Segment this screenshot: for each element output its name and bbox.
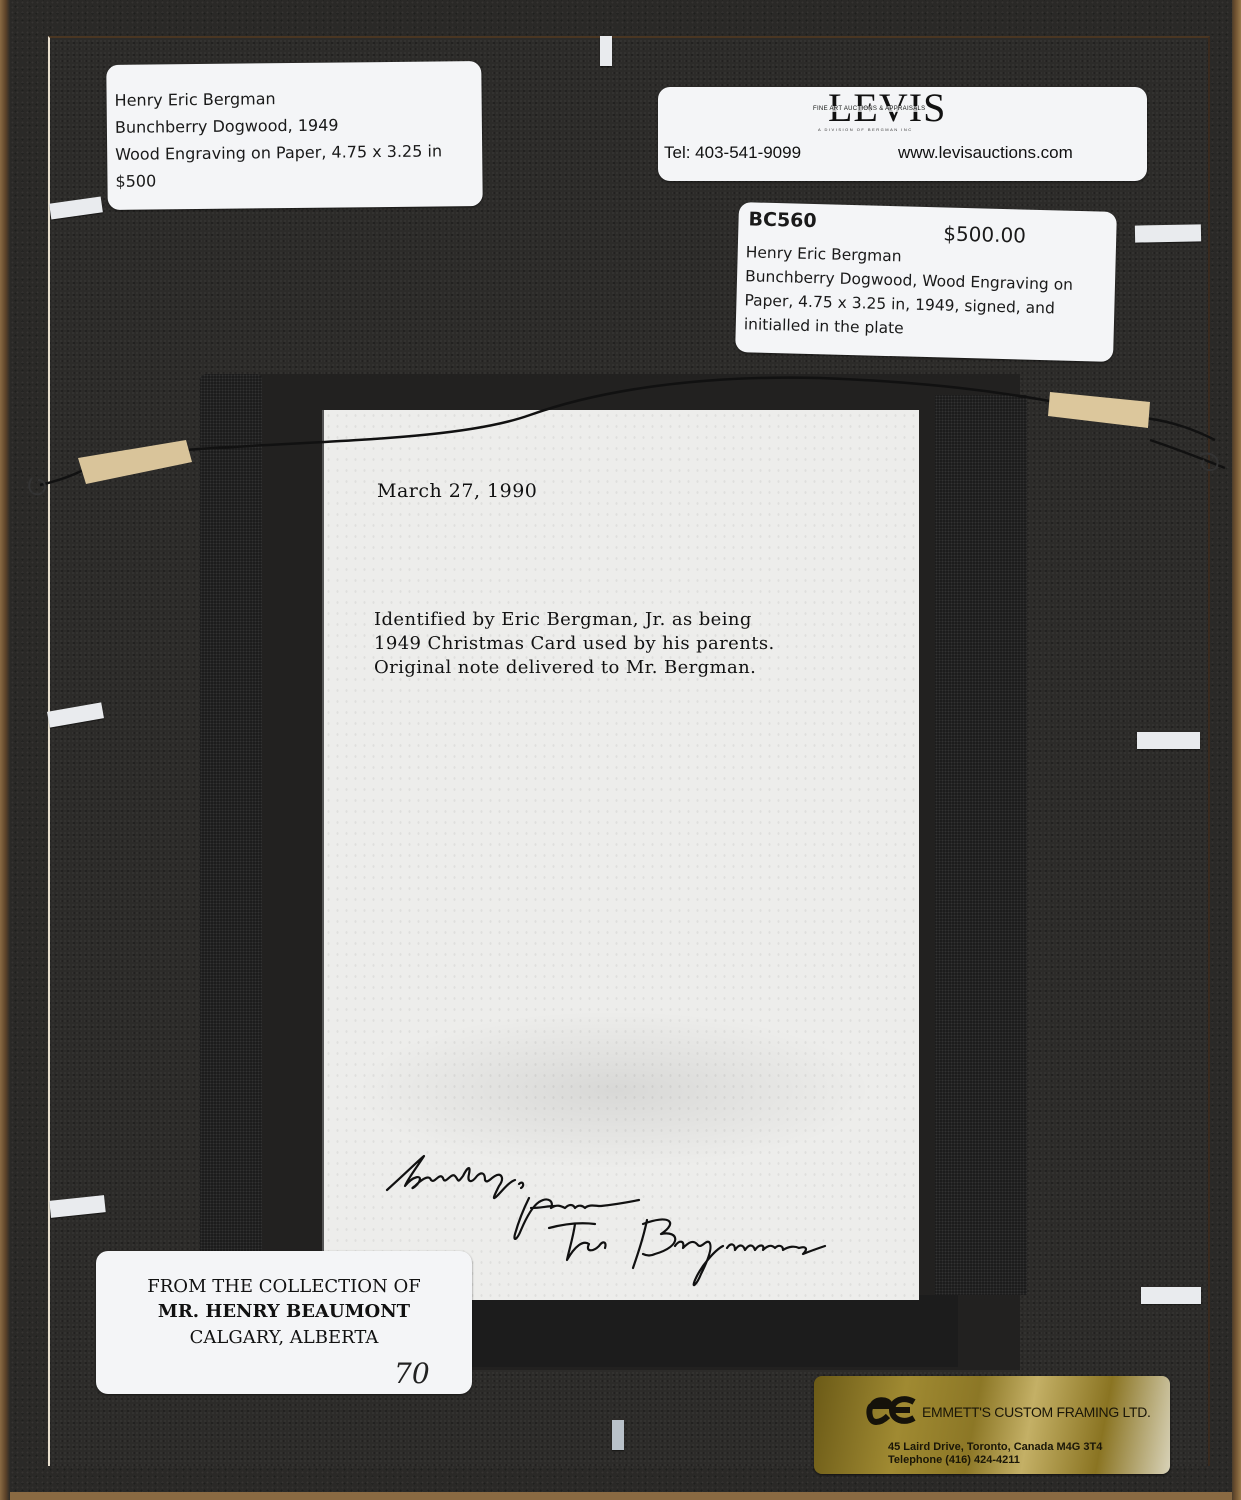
collection-label: FROM THE COLLECTION OF MR. HENRY BEAUMON… xyxy=(96,1251,472,1394)
auction-phone: Tel: 403-541-9099 xyxy=(664,143,801,163)
framer-address: 45 Laird Drive, Toronto, Canada M4G 3T4 xyxy=(888,1441,1102,1454)
collection-heading: FROM THE COLLECTION OF xyxy=(96,1276,472,1297)
ec-logo-icon xyxy=(866,1394,918,1434)
framer-name: EMMETT'S CUSTOM FRAMING LTD. xyxy=(922,1404,1151,1420)
turn-clip xyxy=(1141,1287,1201,1304)
turn-clip xyxy=(1137,732,1200,749)
artwork-title: Bunchberry Dogwood, 1949 xyxy=(115,110,482,141)
turn-clip xyxy=(612,1420,624,1450)
handwritten-number: 70 xyxy=(394,1357,430,1390)
framer-contact: 45 Laird Drive, Toronto, Canada M4G 3T4 … xyxy=(888,1441,1102,1467)
lot-code: BC560 xyxy=(748,208,817,232)
auction-house-label: LEVIS Fine Art Auctions & Appraisals A d… xyxy=(658,87,1147,181)
auction-website: www.levisauctions.com xyxy=(898,143,1073,163)
lot-price: $500.00 xyxy=(943,221,1026,247)
levis-tagline: Fine Art Auctions & Appraisals xyxy=(813,106,925,112)
framer-label: EMMETT'S CUSTOM FRAMING LTD. 45 Laird Dr… xyxy=(814,1376,1170,1474)
artwork-medium: Wood Engraving on Paper, 4.75 x 3.25 in xyxy=(115,137,482,168)
turn-clip xyxy=(600,36,612,66)
artwork-price: $500 xyxy=(115,164,482,195)
framer-phone: Telephone (416) 424-4211 xyxy=(888,1454,1102,1467)
wire-sleeve-left xyxy=(78,440,192,484)
lot-label: BC560 $500.00 Henry Eric Bergman Bunchbe… xyxy=(735,202,1117,362)
wire-sleeve-right xyxy=(1048,392,1150,428)
artwork-info-label: Henry Eric Bergman Bunchberry Dogwood, 1… xyxy=(106,61,482,210)
lot-description: Henry Eric Bergman Bunchberry Dogwood, W… xyxy=(744,240,1074,345)
levis-subtagline: A division of Bergman Inc xyxy=(818,127,913,132)
collector-name: MR. HENRY BEAUMONT xyxy=(96,1301,472,1322)
collector-location: CALGARY, ALBERTA xyxy=(96,1327,472,1348)
turn-clip xyxy=(1135,224,1201,242)
artist-name: Henry Eric Bergman xyxy=(114,83,481,114)
